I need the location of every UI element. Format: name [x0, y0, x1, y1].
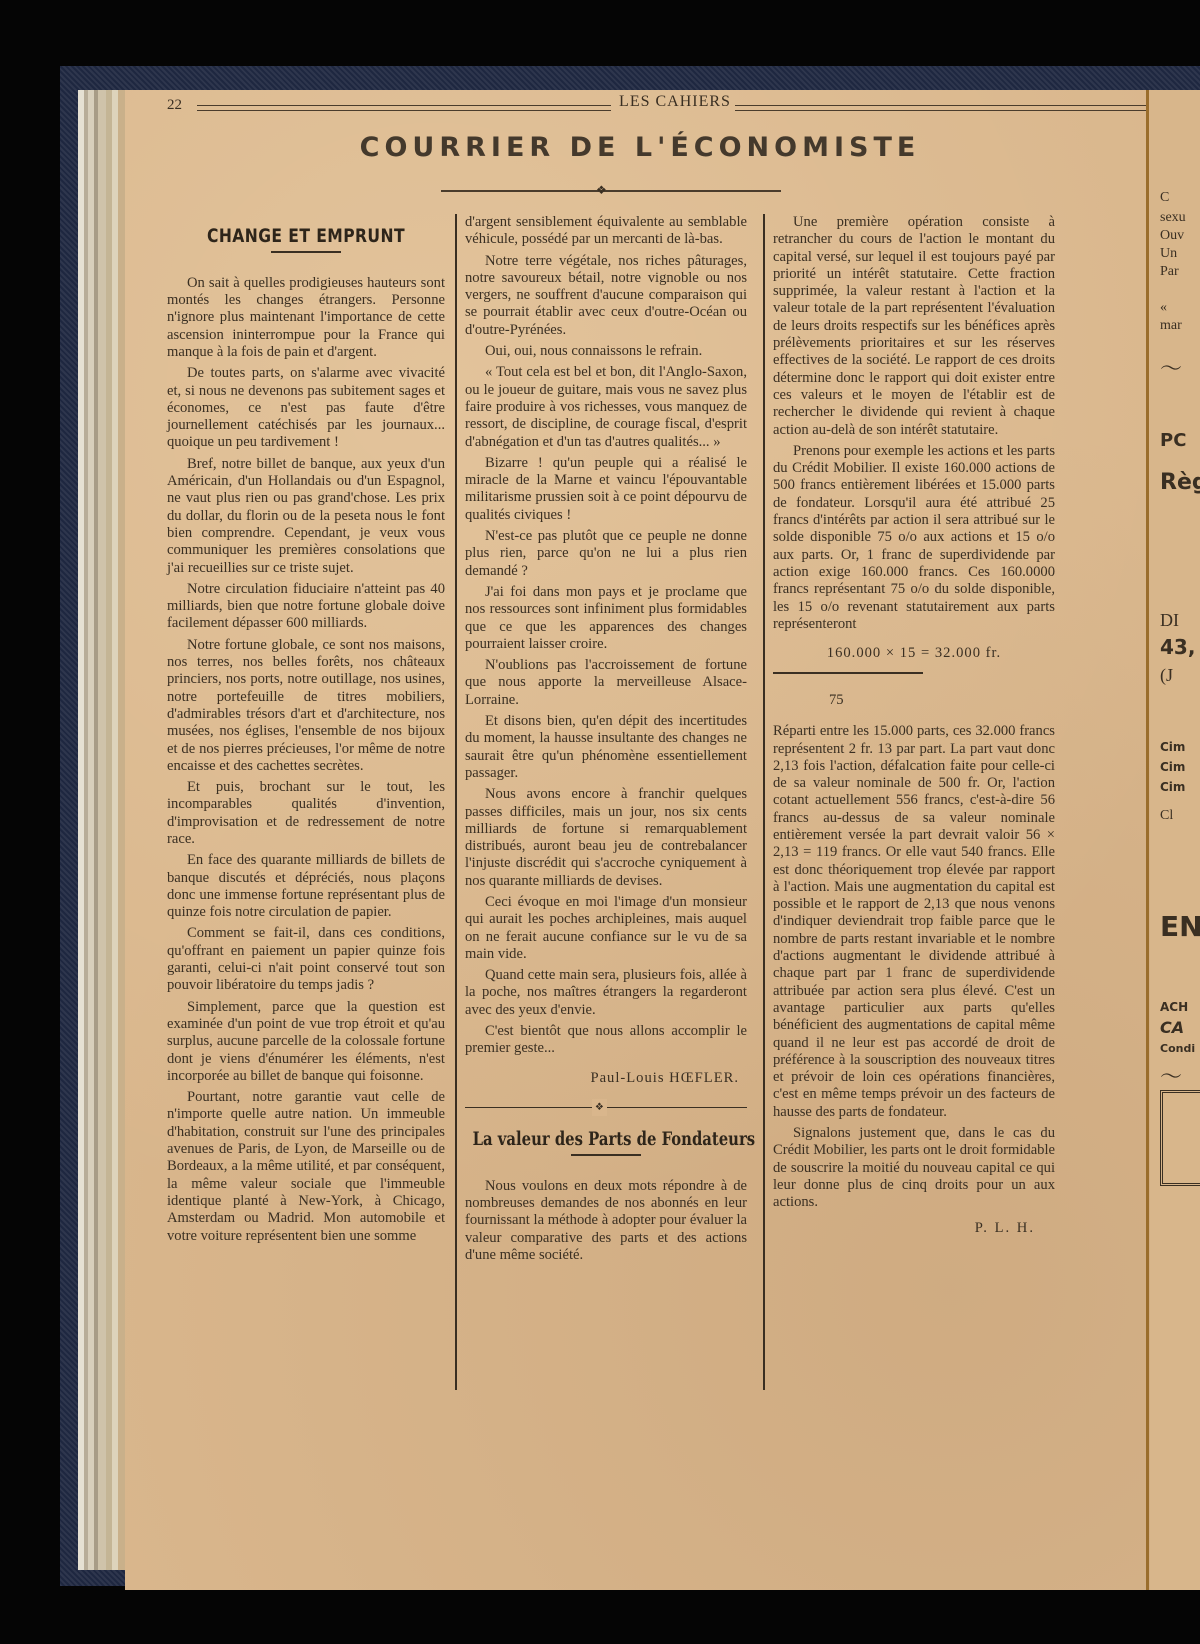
article-title-parts-fondateurs: La valeur des Parts de Fondateurs: [473, 1131, 740, 1148]
page-edges: [78, 90, 128, 1570]
decorative-frame: [1160, 1090, 1200, 1186]
paragraph: « Tout cela est bel et bon, dit l'Anglo-…: [465, 364, 747, 450]
formula: 160.000 × 15 = 32.000 fr.: [773, 645, 1055, 662]
page-gutter: [1146, 90, 1149, 1590]
title-underline: [271, 251, 341, 253]
paragraph: Oui, oui, nous connaissons le refrain.: [465, 343, 747, 360]
author-signature: Paul-Louis HŒFLER.: [465, 1070, 739, 1087]
paragraph: C'est bientôt que nous allons accomplir …: [465, 1023, 747, 1058]
fragment-text: Règ: [1160, 470, 1200, 495]
paragraph: On sait à quelles prodigieuses hauteurs …: [167, 275, 445, 361]
paragraph: N'est-ce pas plutôt que ce peuple ne don…: [465, 528, 747, 580]
title-underline: [571, 1154, 641, 1156]
paragraph: Et puis, brochant sur le tout, les incom…: [167, 779, 445, 848]
paragraph: Comment se fait-il, dans ces conditions,…: [167, 925, 445, 994]
fragment-text: Par: [1160, 264, 1179, 280]
column-1: CHANGE ET EMPRUNT On sait à quelles prod…: [167, 222, 445, 1249]
page-number: 22: [167, 97, 193, 114]
section-title: COURRIER DE L'ÉCONOMISTE: [125, 132, 1155, 163]
fragment-text: DI: [1160, 610, 1179, 631]
squiggle-ornament: 〜: [1160, 1060, 1182, 1091]
fragment-text: C: [1160, 190, 1169, 206]
fraction-bar: [773, 672, 923, 674]
squiggle-ornament: 〜: [1160, 352, 1182, 383]
fragment-text: Ouv: [1160, 228, 1184, 244]
fragment-text: mar: [1160, 318, 1182, 334]
paragraph: En face des quarante milliards de billet…: [167, 852, 445, 921]
paragraph: Bizarre ! qu'un peuple qui a réalisé le …: [465, 455, 747, 524]
fragment-text: Cim: [1160, 740, 1185, 754]
adjacent-page-fragment: C sexu Ouv Un Par « mar 〜 PC Règ DI 43, …: [1150, 90, 1200, 1590]
column-divider: [455, 214, 457, 1390]
paragraph: Nous voulons en deux mots répondre à de …: [465, 1178, 747, 1264]
paragraph: Réparti entre les 15.000 parts, ces 32.0…: [773, 723, 1055, 1121]
paragraph: Et disons bien, qu'en dépit des incertit…: [465, 713, 747, 782]
paragraph: J'ai foi dans mon pays et je proclame qu…: [465, 584, 747, 653]
formula-divisor: 75: [829, 692, 1055, 709]
paragraph: Simplement, parce que la question est ex…: [167, 999, 445, 1085]
author-initials: P. L. H.: [773, 1220, 1035, 1237]
paragraph: Signalons justement que, dans le cas du …: [773, 1125, 1055, 1211]
running-head: 22 LES CAHIERS: [167, 90, 1157, 120]
fragment-text: Cim: [1160, 760, 1185, 774]
paragraph: De toutes parts, on s'alarme avec vivaci…: [167, 365, 445, 451]
fragment-text: 43,: [1160, 635, 1195, 659]
paragraph: Notre fortune globale, ce sont nos maiso…: [167, 637, 445, 775]
fragment-text: PC: [1160, 430, 1186, 451]
publication-name: LES CAHIERS: [619, 93, 731, 111]
fragment-text: Cim: [1160, 780, 1185, 794]
paragraph: N'oublions pas l'accroissement de fortun…: [465, 657, 747, 709]
paragraph: Notre circulation fiduciaire n'atteint p…: [167, 581, 445, 633]
header-rule-left: [197, 105, 611, 111]
paragraph: Quand cette main sera, plusieurs fois, a…: [465, 967, 747, 1019]
paragraph: Pourtant, notre garantie vaut celle de n…: [167, 1089, 445, 1245]
ornament-icon: ❖: [596, 183, 607, 197]
fragment-text: sexu: [1160, 210, 1186, 226]
column-3: Une première opération consiste à retran…: [773, 214, 1055, 1237]
paragraph: Nous avons encore à franchir quelques pa…: [465, 786, 747, 890]
paragraph: Prenons pour exemple les actions et les …: [773, 443, 1055, 633]
fragment-text: «: [1160, 300, 1167, 316]
paragraph: d'argent sensiblement équivalente au sem…: [465, 214, 747, 249]
column-divider: [763, 214, 765, 1390]
title-ornament-divider: ❖: [441, 186, 781, 196]
fragment-text: Condi: [1160, 1042, 1195, 1055]
column-2: d'argent sensiblement équivalente au sem…: [465, 214, 747, 1268]
fragment-text: CA: [1160, 1018, 1184, 1037]
fragment-text: EN: [1160, 910, 1200, 943]
paragraph: Notre terre végétale, nos riches pâturag…: [465, 253, 747, 339]
fragment-text: (J: [1160, 665, 1173, 686]
header-rule-right: [735, 105, 1149, 111]
article-title-change-emprunt: CHANGE ET EMPRUNT: [192, 228, 420, 245]
paragraph: Une première opération consiste à retran…: [773, 214, 1055, 439]
newspaper-page: 22 LES CAHIERS COURRIER DE L'ÉCONOMISTE …: [125, 90, 1155, 1590]
fragment-text: Cl: [1160, 808, 1173, 824]
article-separator: ❖: [465, 1103, 747, 1113]
paragraph: Ceci évoque en moi l'image d'un monsieur…: [465, 894, 747, 963]
paragraph: Bref, notre billet de banque, aux yeux d…: [167, 456, 445, 577]
fragment-text: Un: [1160, 246, 1177, 262]
fragment-text: ACH: [1160, 1000, 1188, 1014]
ornament-icon: ❖: [592, 1099, 607, 1116]
